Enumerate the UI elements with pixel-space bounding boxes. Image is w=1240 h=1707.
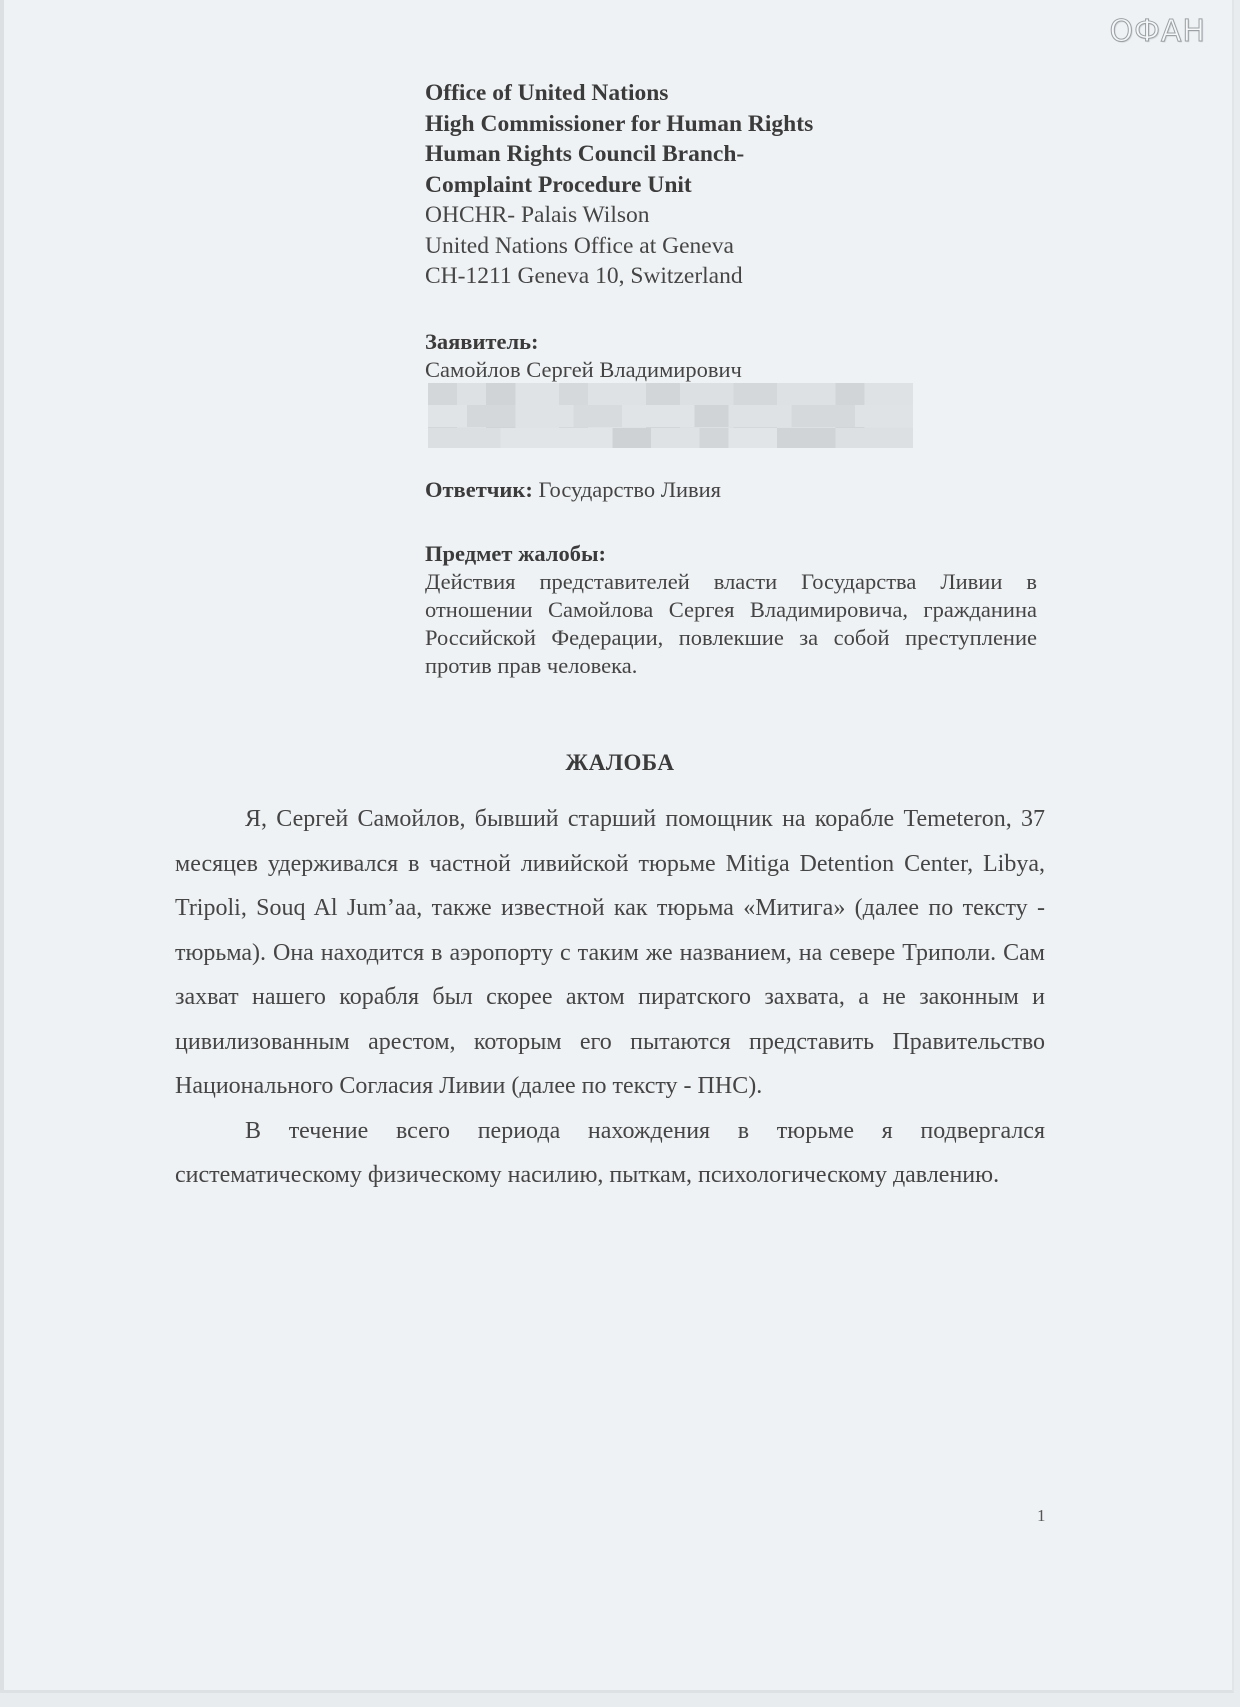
subject-section: Предмет жалобы: Действия представителей … <box>425 540 1037 680</box>
redacted-block <box>428 383 913 448</box>
respondent-value: Государство Ливия <box>538 477 721 502</box>
recipient-line: Office of United Nations <box>425 78 813 109</box>
subject-label: Предмет жалобы: <box>425 540 1037 568</box>
recipient-line: High Commissioner for Human Rights <box>425 109 813 140</box>
complaint-paragraph: В течение всего периода нахождения в тюр… <box>175 1109 1045 1198</box>
applicant-section: Заявитель: Самойлов Сергей Владимирович <box>425 328 742 384</box>
complaint-paragraph: Я, Сергей Самойлов, бывший старший помощ… <box>175 797 1045 1109</box>
document-page: ОФАН Office of United Nations High Commi… <box>0 0 1234 1693</box>
applicant-label: Заявитель: <box>425 328 742 356</box>
recipient-line: United Nations Office at Geneva <box>425 231 813 262</box>
complaint-title: ЖАЛОБА <box>0 750 1240 776</box>
recipient-line: CH-1211 Geneva 10, Switzerland <box>425 261 813 292</box>
complaint-body: Я, Сергей Самойлов, бывший старший помощ… <box>175 797 1045 1198</box>
respondent-section: Ответчик: Государство Ливия <box>425 476 721 504</box>
recipient-line: OHCHR- Palais Wilson <box>425 200 813 231</box>
subject-text: Действия представителей власти Государст… <box>425 568 1037 680</box>
recipient-line: Complaint Procedure Unit <box>425 170 813 201</box>
recipient-line: Human Rights Council Branch- <box>425 139 813 170</box>
applicant-name: Самойлов Сергей Владимирович <box>425 356 742 384</box>
respondent-label: Ответчик: <box>425 477 533 502</box>
page-number: 1 <box>1037 1506 1046 1526</box>
recipient-address: Office of United Nations High Commission… <box>425 78 813 292</box>
watermark-logo: ОФАН <box>1109 14 1206 49</box>
